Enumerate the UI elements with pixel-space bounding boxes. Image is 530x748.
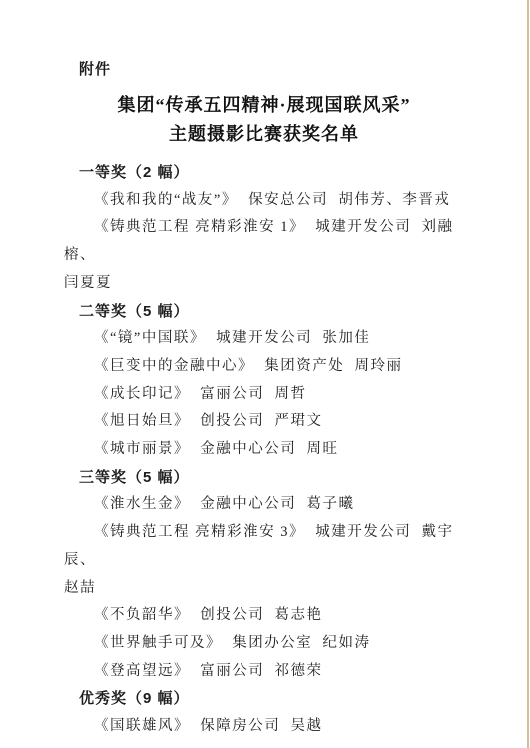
page-right-edge-line [527,0,529,748]
award-entry: 《成长印记》 富丽公司 周哲 [64,381,464,409]
award-entry-continuation: 闫夏夏 [64,270,464,298]
award-entry: 《不负韶华》 创投公司 葛志艳 [64,602,464,630]
award-entry: 《淮水生金》 金融中心公司 葛子曦 [64,491,464,519]
attachment-label: 附件 [64,56,464,84]
award-entry-continuation: 赵喆 [64,575,464,603]
award-entry: 《城市丽景》 金融中心公司 周旺 [64,436,464,464]
section-heading-second-prize: 二等奖（5 幅） [64,298,464,326]
section-heading-third-prize: 三等奖（5 幅） [64,464,464,492]
award-entry: 《国联雄风》 保障房公司 吴越 [64,713,464,741]
document-title: 集团“传承五四精神·展现国联风采” 主题摄影比赛获奖名单 [64,91,464,149]
award-entry: 《“镜”中国联》 城建开发公司 张加佳 [64,325,464,353]
section-heading-first-prize: 一等奖（2 幅） [64,159,464,187]
award-entry: 《铸典范工程 亮精彩淮安 1》 城建开发公司 刘融榕、 [64,214,464,269]
award-entry: 《我和我的“战友”》 保安总公司 胡伟芳、李晋戎 [64,187,464,215]
award-entry: 《铸典范工程 亮精彩淮安 3》 城建开发公司 戴宇辰、 [64,519,464,574]
section-heading-excellence-prize: 优秀奖（9 幅） [64,685,464,713]
award-entry: 《旭日始旦》 创投公司 严珺文 [64,408,464,436]
document-title-line-2: 主题摄影比赛获奖名单 [64,120,464,149]
document-page: 附件 集团“传承五四精神·展现国联风采” 主题摄影比赛获奖名单 一等奖（2 幅）… [0,0,530,748]
award-list: 一等奖（2 幅） 《我和我的“战友”》 保安总公司 胡伟芳、李晋戎 《铸典范工程… [64,159,464,741]
award-entry: 《登高望远》 富丽公司 祁德荣 [64,658,464,686]
award-entry: 《巨变中的金融中心》 集团资产处 周玲丽 [64,353,464,381]
award-entry: 《世界触手可及》 集团办公室 纪如涛 [64,630,464,658]
document-title-line-1: 集团“传承五四精神·展现国联风采” [64,91,464,120]
